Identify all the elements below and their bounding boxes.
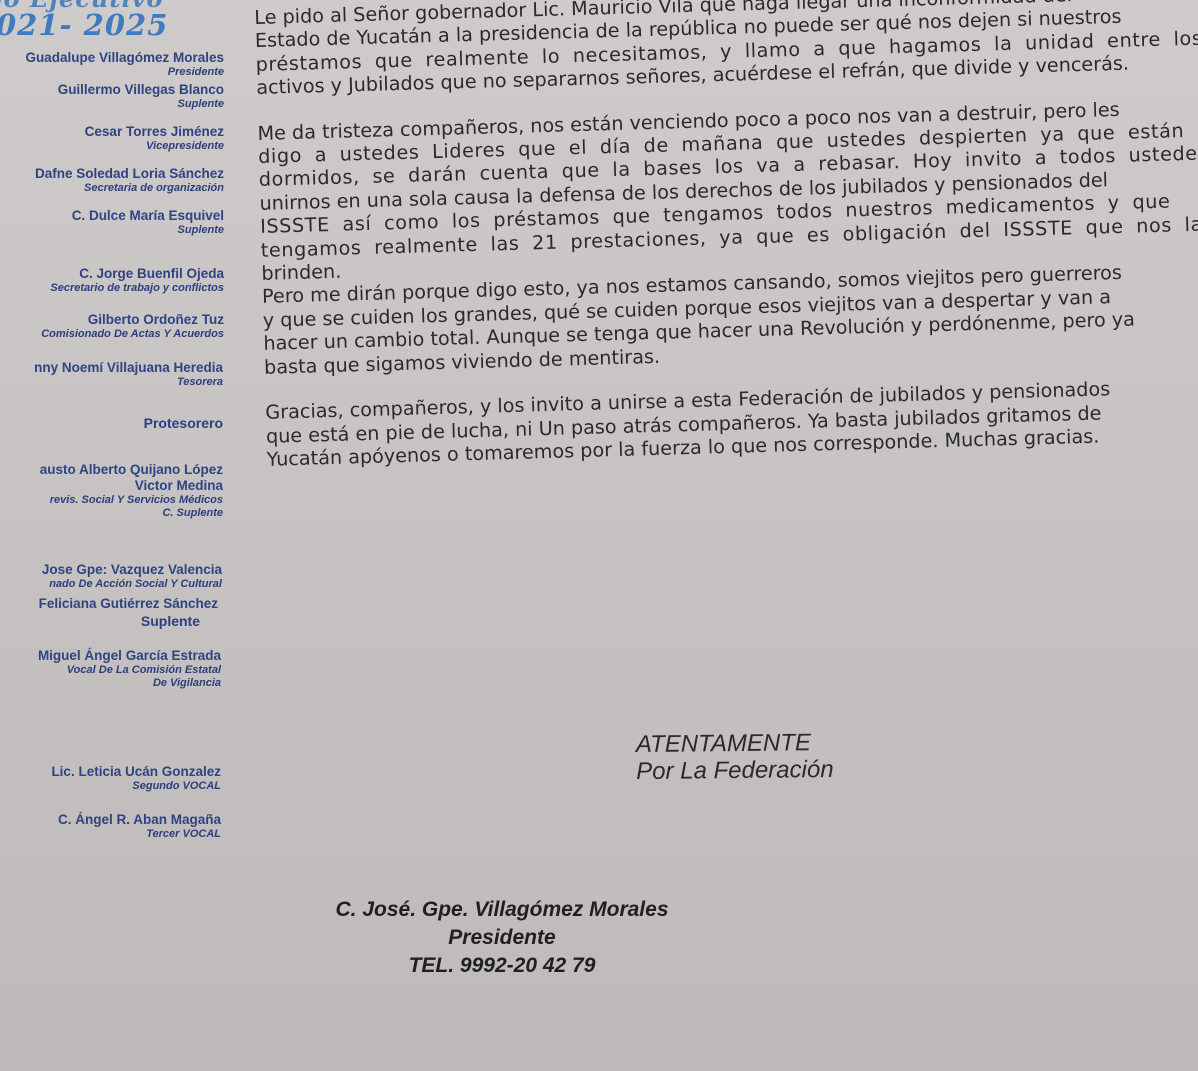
board-member: C. Jorge Buenfil Ojeda Secretario de tra… <box>50 266 224 295</box>
letter-page: jo Ejecutivo 021- 2025 Guadalupe Villagó… <box>0 0 1198 1071</box>
board-member: Guillermo Villegas Blanco Suplente <box>58 82 224 111</box>
board-member: austo Alberto Quijano López Victor Medin… <box>40 462 223 520</box>
board-member: Cesar Torres Jiménez Vicepresidente <box>85 124 224 153</box>
paragraph-2: Me da tristeza compañeros, nos están ven… <box>257 94 1198 286</box>
letter-body: Le pido al Señor gobernador Lic. Maurici… <box>254 0 1198 471</box>
board-member: Jose Gpe: Vazquez Valencia nado De Acció… <box>42 562 222 591</box>
board-member: Dafne Soledad Loria Sánchez Secretaria d… <box>35 166 224 195</box>
board-members-sidebar: Guadalupe Villagómez Morales Presidente … <box>0 0 224 1071</box>
closing-organization: Por La Federación <box>636 756 834 785</box>
board-member: Guadalupe Villagómez Morales Presidente <box>25 50 224 79</box>
board-member: Feliciana Gutiérrez Sánchez Suplente <box>39 596 218 630</box>
board-member: Gilberto Ordoñez Tuz Comisionado De Acta… <box>41 312 224 341</box>
board-member: Miguel Ángel García Estrada Vocal De La … <box>38 648 221 690</box>
board-member: Lic. Leticia Ucán Gonzalez Segundo VOCAL <box>51 764 221 793</box>
closing-salutation: ATENTAMENTE <box>636 729 834 758</box>
closing-block: ATENTAMENTE Por La Federación <box>636 729 834 785</box>
signer-name: C. José. Gpe. Villagómez Morales <box>302 896 702 924</box>
signature-block: C. José. Gpe. Villagómez Morales Preside… <box>302 896 702 980</box>
board-member: nny Noemí Villajuana Heredia Tesorera <box>34 360 223 389</box>
signer-phone: TEL. 9992-20 42 79 <box>302 952 702 980</box>
board-member: Protesorero <box>144 414 223 432</box>
board-member: C. Dulce María Esquivel Suplente <box>72 208 224 237</box>
board-member: C. Ángel R. Aban Magaña Tercer VOCAL <box>58 812 221 841</box>
signer-title: Presidente <box>302 924 702 952</box>
